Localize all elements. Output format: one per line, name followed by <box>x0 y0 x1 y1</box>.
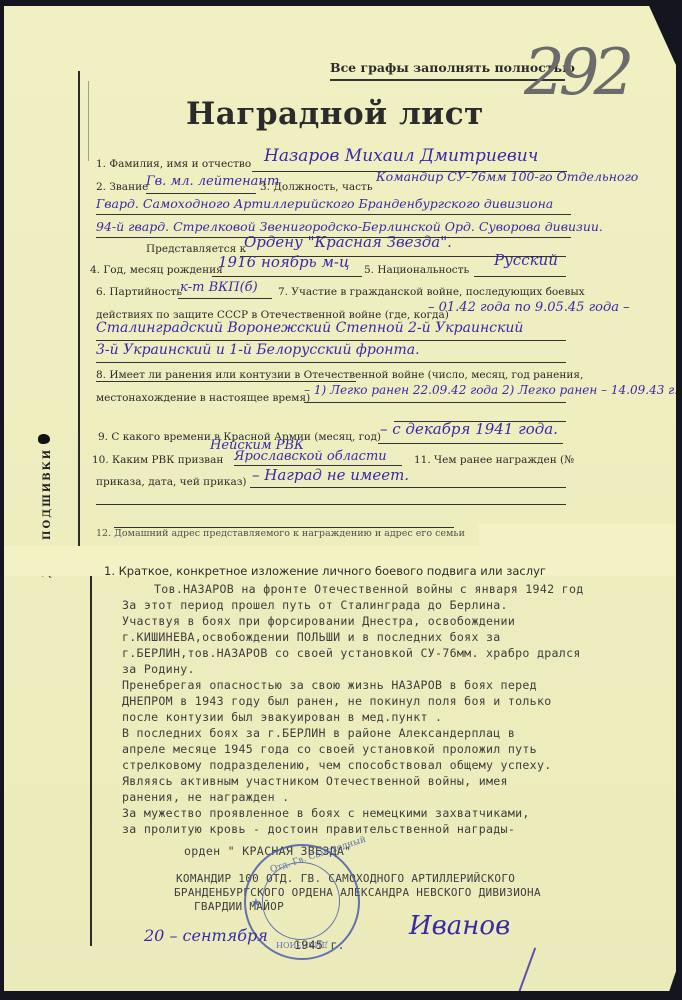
field-10-label: 10. Каким РВК призван <box>92 454 223 466</box>
narrative-line: В последних боях за г.БЕРЛИН в районе Ал… <box>122 726 515 740</box>
narrative-line: стрелковому подразделению, чем способств… <box>122 758 552 772</box>
narrative-line: г.БЕРЛИН,тов.НАЗАРОВ со своей установкой… <box>122 646 581 660</box>
left-margin-rule-lower <box>90 566 92 946</box>
redacted-address <box>479 524 679 548</box>
field-1-value: Назаров Михаил Дмитриевич <box>264 146 538 166</box>
narrative-line: после контузии был эвакуирован в мед.пун… <box>122 710 442 724</box>
field-11-value: – Наград не имеет. <box>252 466 409 484</box>
field-8-value: – 1) Легко ранен 22.09.42 года 2) Легко … <box>304 383 678 397</box>
field-4-label: 4. Год, месяц рождения <box>90 264 223 276</box>
field-8-label-line2: местонахождение в настоящее время) <box>96 392 310 404</box>
narrative-line: г.КИШИНЕВА,освобождении ПОЛЬШИ и в после… <box>122 630 501 644</box>
narrative-line: апреле месяце 1945 года со своей установ… <box>122 742 537 756</box>
left-margin-rule <box>78 71 80 571</box>
field-1-label: 1. Фамилия, имя и отчество <box>96 158 251 170</box>
award-sheet-paper: ДЛЯ ПОДШИВКИ Все графы заполнять полност… <box>4 6 676 991</box>
nominated-value: Ордену "Красная Звезда". <box>244 233 452 251</box>
field-7-value-line2: Сталинградский Воронежский Степной 2-й У… <box>96 320 523 336</box>
field-9-value: – с декабря 1941 года. <box>380 420 558 438</box>
field-5-label: 5. Национальность <box>364 264 469 276</box>
narrative-line: За мужество проявленное в боях с немецки… <box>122 806 530 820</box>
narrative-line: за Родину. <box>122 662 195 676</box>
field-2-label: 2. Звание <box>96 181 148 193</box>
field-3-label: 3. Должность, часть <box>260 181 373 193</box>
field-3-value-line3: 94-й гвард. Стрелковой Звенигородско-Бер… <box>96 219 603 234</box>
field-6-label: 6. Партийность <box>96 286 182 298</box>
section-2-heading: 1. Краткое, конкретное изложение личного… <box>104 564 546 578</box>
date-year: 1945 г. <box>294 938 345 952</box>
narrative-line: За этот период прошел путь от Сталинград… <box>122 598 508 612</box>
field-4-value: 1916 ноябрь м-ц <box>218 253 349 271</box>
field-7-label-line1: 7. Участие в гражданской войне, последую… <box>278 286 585 298</box>
narrative-line: Являясь активным участником Отечественно… <box>122 774 508 788</box>
ink-blot <box>38 434 50 444</box>
field-7-value-line3: 3-й Украинский и 1-й Белорусский фронта. <box>96 342 420 358</box>
field-3-value-line2: Гвард. Самоходного Артиллерийского Бранд… <box>96 196 553 211</box>
date-handwritten: 20 – сентября <box>144 926 268 945</box>
field-11-label-line1: 11. Чем ранее награжден (№ <box>414 454 574 466</box>
field-11-label-line2: приказа, дата, чей приказ) <box>96 476 247 488</box>
field-5-value: Русский <box>494 251 558 269</box>
stamp-star-icon: ★ <box>251 896 261 909</box>
left-margin-rule-thin <box>88 81 89 161</box>
field-10-value: Ярославской области <box>234 449 387 464</box>
field-3-value-line1: Командир СУ-76мм 100-го Отдельного <box>376 169 638 184</box>
narrative-line: ранения, не награжден . <box>122 790 289 804</box>
field-6-value: к-т ВКП(б) <box>180 280 258 295</box>
narrative-line: Тов.НАЗАРОВ на фронте Отечественной войн… <box>154 582 584 596</box>
narrative-line: Пренебрегая опасностью за свою жизнь НАЗ… <box>122 678 537 692</box>
narrative-line: за пролитую кровь - достоин правительств… <box>122 822 515 836</box>
field-8-label-line1: 8. Имеет ли ранения или контузии в Отече… <box>96 369 583 381</box>
narrative-line: Участвуя в боях при форсировании Днестра… <box>122 614 515 628</box>
commander-signature: Иванов <box>409 911 510 941</box>
narrative-line: ДНЕПРОМ в 1943 году был ранен, не покину… <box>122 694 552 708</box>
field-12-label: 12. Домашний адрес представляемого к наг… <box>96 528 465 539</box>
field-7-value-line1: – 01.42 года по 9.05.45 года – <box>428 300 630 315</box>
archive-number: 292 <box>524 36 628 110</box>
document-title: Наградной лист <box>186 96 484 132</box>
